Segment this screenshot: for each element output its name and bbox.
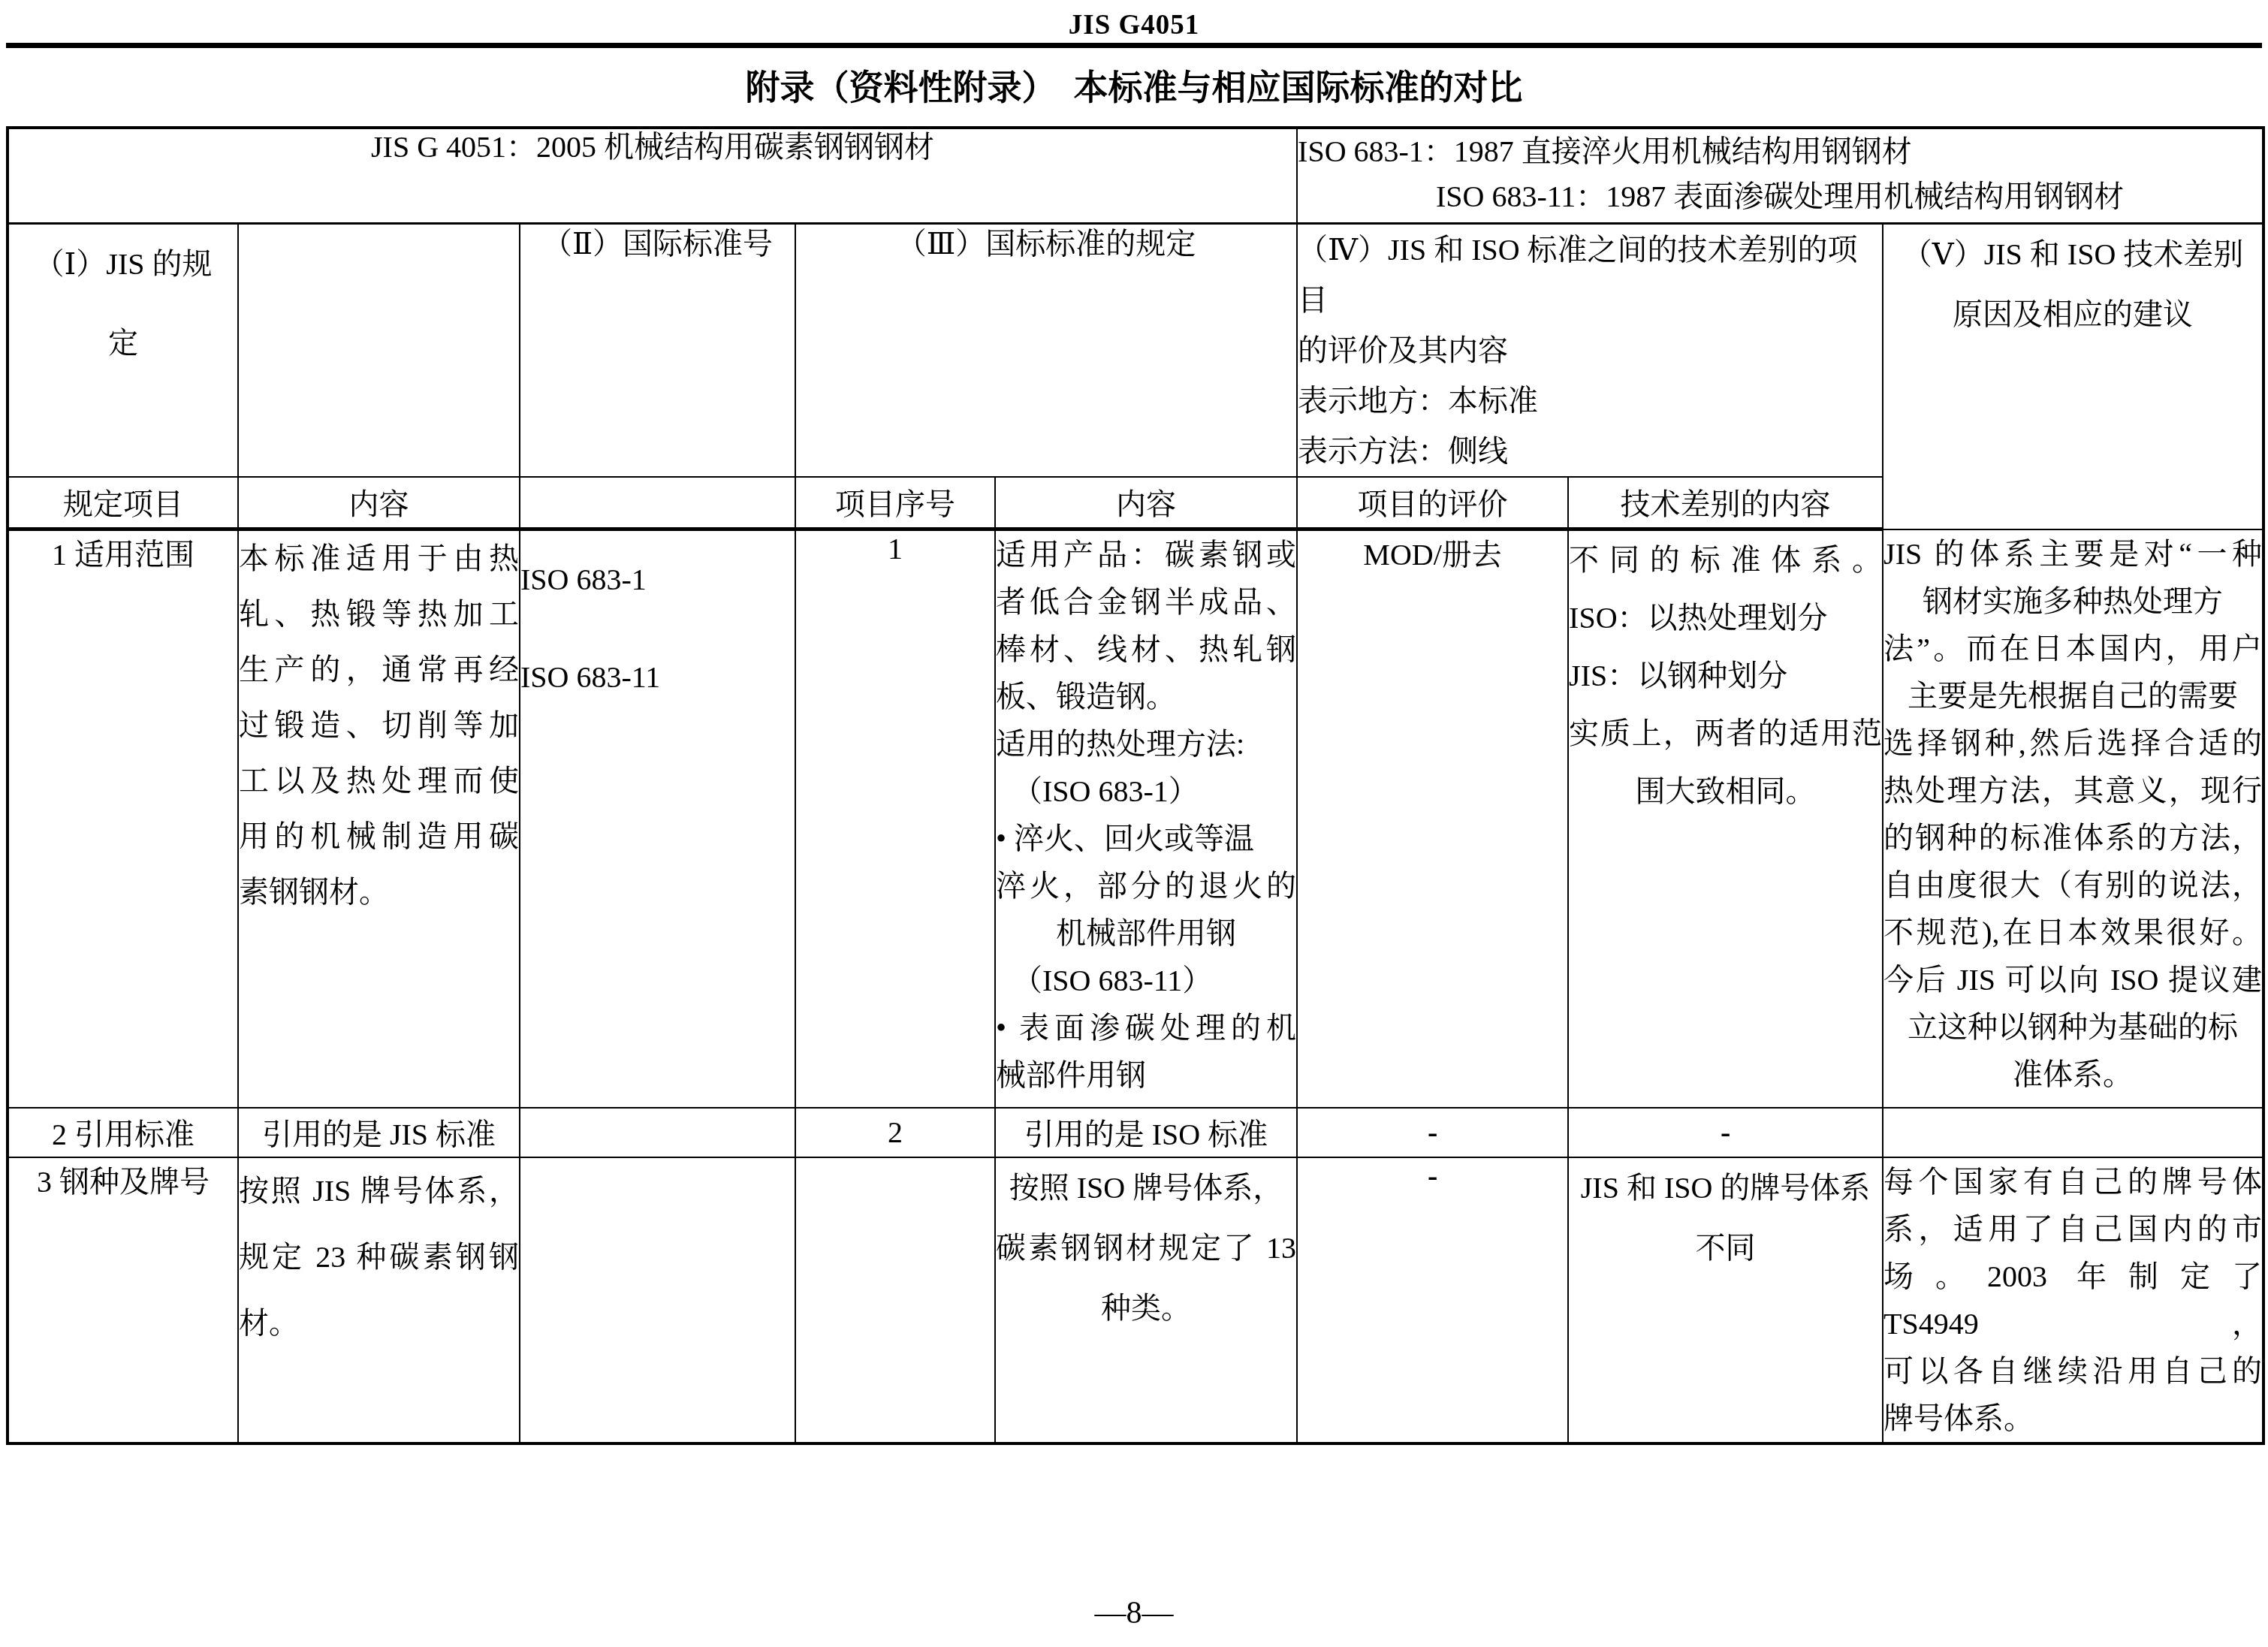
text-line: 牌号体系。	[1883, 1395, 2262, 1442]
text-line: ISO 683-1：1987 直接淬火用机械结构用钢钢材	[1298, 129, 2262, 174]
text-line: （ISO 683-11）	[996, 957, 1296, 1004]
text-line: 不同	[1569, 1218, 1882, 1278]
cell-item-2: 2 引用标准	[8, 1108, 238, 1157]
document-code-header: JIS G4051	[0, 9, 2268, 41]
cell-evaluation-1: MOD/册去	[1297, 529, 1568, 1108]
cell-difference-2: -	[1568, 1108, 1883, 1157]
subheader-jis-content: 内容	[238, 477, 520, 529]
text-line: 适用的热处理方法:	[996, 720, 1296, 768]
cell-seq-3	[795, 1157, 995, 1443]
text-line: 定	[9, 303, 237, 382]
cell-group-i-blank	[238, 223, 520, 477]
subheader-item: 规定项目	[8, 477, 238, 529]
cell-suggestion-3: 每个国家有自己的牌号体系，适用了自己国内的市场。2003 年制定了 TS4949…	[1883, 1157, 2263, 1443]
text-line: 主要是先根据自己的需要	[1883, 672, 2262, 719]
cell-evaluation-2: -	[1297, 1108, 1568, 1157]
text-line: 械部件用钢	[996, 1051, 1296, 1099]
cell-difference-1: 不同的标准体系。ISO：以热处理划分JIS：以钢种划分实质上，两者的适用范围大致…	[1568, 529, 1883, 1108]
subheader-evaluation: 项目的评价	[1297, 477, 1568, 529]
text-line: 不同的标准体系。	[1569, 531, 1882, 589]
text-line: 今后 JIS 可以向 ISO 提议建	[1883, 956, 2262, 1003]
cell-group-iii: （Ⅲ）国标标准的规定	[795, 223, 1297, 477]
cell-seq-1: 1	[795, 529, 995, 1108]
text-line: 轧、热锻等热加工	[239, 587, 519, 642]
text-line: • 淬火、回火或等温	[996, 815, 1296, 862]
text-line: ISO 683-11	[520, 629, 795, 726]
cell-suggestion-2	[1883, 1108, 2263, 1157]
table-row-grades: 3 钢种及牌号 按照 JIS 牌号体系，规定 23 种碳素钢钢材。 按照 ISO…	[8, 1157, 2263, 1443]
text-line: 材。	[239, 1290, 519, 1356]
table-row-scope: 1 适用范围 本标准适用于由热轧、热锻等热加工生产的，通常再经过锻造、切削等加工…	[8, 529, 2263, 1108]
text-line: JIS 的体系主要是对“一种	[1883, 530, 2262, 578]
cell-iso-standard-title: ISO 683-1：1987 直接淬火用机械结构用钢钢材ISO 683-11：1…	[1297, 128, 2263, 223]
text-line: 可以各自继续沿用自己的	[1883, 1347, 2262, 1395]
text-line: 者低合金钢半成品、	[996, 578, 1296, 626]
cell-jis-standard-title: JIS G 4051：2005 机械结构用碳素钢钢钢材	[8, 128, 1297, 223]
text-line: 钢材实施多种热处理方	[1883, 578, 2262, 625]
text-line: 过锻造、切削等加	[239, 698, 519, 753]
text-line: 工以及热处理而使	[239, 753, 519, 809]
cell-jis-content-3: 按照 JIS 牌号体系，规定 23 种碳素钢钢材。	[238, 1157, 520, 1443]
text-line: • 表面渗碳处理的机	[996, 1004, 1296, 1051]
text-line: 碳素钢钢材规定了 13	[996, 1218, 1296, 1278]
text-line: 自由度很大（有别的说法，	[1883, 861, 2262, 909]
cell-evaluation-3: -	[1297, 1157, 1568, 1443]
subheader-difference: 技术差别的内容	[1568, 477, 1883, 529]
cell-intl-std-no-3	[520, 1157, 795, 1443]
cell-intl-std-no-1: ISO 683-1ISO 683-11	[520, 529, 795, 1108]
cell-group-ii: （Ⅱ）国际标准号	[520, 223, 795, 477]
text-line: （Ⅰ）JIS 的规	[9, 225, 237, 303]
text-line: 本标准适用于由热	[239, 531, 519, 587]
cell-item-1: 1 适用范围	[8, 529, 238, 1108]
text-line: 淬火，部分的退火的	[996, 862, 1296, 909]
text-line: JIS 和 ISO 的牌号体系	[1569, 1158, 1882, 1218]
text-line: 板、锻造钢。	[996, 673, 1296, 720]
text-line: 的钢种的标准体系的方法，	[1883, 814, 2262, 861]
text-line: 表示地方：本标准	[1298, 376, 1882, 426]
cell-group-iv: （Ⅳ）JIS 和 ISO 标准之间的技术差别的项目的评价及其内容表示地方：本标准…	[1297, 223, 1883, 477]
subheader-iso-content: 内容	[995, 477, 1297, 529]
text-line: 的评价及其内容	[1298, 325, 1882, 376]
cell-group-i: （Ⅰ）JIS 的规定	[8, 223, 238, 477]
text-line: 立这种以钢种为基础的标	[1883, 1003, 2262, 1051]
cell-iso-content-2: 引用的是 ISO 标准	[995, 1108, 1297, 1157]
cell-difference-3: JIS 和 ISO 的牌号体系不同	[1568, 1157, 1883, 1443]
text-line: 素钢钢材。	[239, 864, 519, 920]
cell-jis-content-2: 引用的是 JIS 标准	[238, 1108, 520, 1157]
cell-iso-content-3: 按照 ISO 牌号体系，碳素钢钢材规定了 13种类。	[995, 1157, 1297, 1443]
table-row-standards: JIS G 4051：2005 机械结构用碳素钢钢钢材 ISO 683-1：19…	[8, 128, 2263, 223]
text-line: 实质上，两者的适用范	[1569, 704, 1882, 762]
table-row-group-headers: （Ⅰ）JIS 的规定 （Ⅱ）国际标准号 （Ⅲ）国标标准的规定 （Ⅳ）JIS 和 …	[8, 223, 2263, 477]
text-line: （ISO 683-1）	[996, 768, 1296, 815]
text-line: 适用产品：碳素钢或	[996, 531, 1296, 578]
text-line: 系，适用了自己国内的市	[1883, 1205, 2262, 1253]
text-line: 机械部件用钢	[996, 909, 1296, 957]
page-title: 附录（资料性附录） 本标准与相应国际标准的对比	[0, 60, 2268, 110]
text-line: ISO：以热处理划分	[1569, 589, 1882, 647]
text-line: 表示方法：侧线	[1298, 426, 1882, 476]
text-line: （Ⅳ）JIS 和 ISO 标准之间的技术差别的项目	[1298, 225, 1882, 325]
header-rule	[6, 43, 2262, 48]
text-line: 生产的，通常再经	[239, 642, 519, 698]
text-line: 用的机械制造用碳	[239, 809, 519, 864]
cell-seq-2: 2	[795, 1108, 995, 1157]
table-row-references: 2 引用标准 引用的是 JIS 标准 2 引用的是 ISO 标准 - -	[8, 1108, 2263, 1157]
text-line: 选择钢种,然后选择合适的	[1883, 719, 2262, 767]
text-line: ISO 683-11：1987 表面渗碳处理用机械结构用钢钢材	[1298, 174, 2262, 219]
text-line: 场。2003 年制定了 TS4949，	[1883, 1253, 2262, 1347]
comparison-table: JIS G 4051：2005 机械结构用碳素钢钢钢材 ISO 683-1：19…	[6, 126, 2265, 1445]
text-line: JIS：以钢种划分	[1569, 647, 1882, 704]
text-line: ISO 683-1	[520, 531, 795, 629]
text-line: 种类。	[996, 1278, 1296, 1338]
cell-suggestion-1: JIS 的体系主要是对“一种钢材实施多种热处理方法”。而在日本国内，用户主要是先…	[1883, 529, 2263, 1108]
cell-item-3: 3 钢种及牌号	[8, 1157, 238, 1443]
text-line: 按照 JIS 牌号体系，	[239, 1158, 519, 1224]
cell-jis-content-1: 本标准适用于由热轧、热锻等热加工生产的，通常再经过锻造、切削等加工以及热处理而使…	[238, 529, 520, 1108]
page-number: —8—	[0, 1595, 2268, 1631]
text-line: 热处理方法，其意义，现行	[1883, 767, 2262, 814]
text-line: 准体系。	[1883, 1051, 2262, 1098]
text-line: 规定 23 种碳素钢钢	[239, 1224, 519, 1290]
text-line: 原因及相应的建议	[1883, 285, 2262, 345]
subheader-seq: 项目序号	[795, 477, 995, 529]
cell-iso-content-1: 适用产品：碳素钢或者低合金钢半成品、棒材、线材、热轧钢板、锻造钢。适用的热处理方…	[995, 529, 1297, 1108]
text-line: 每个国家有自己的牌号体	[1883, 1158, 2262, 1205]
text-line: 棒材、线材、热轧钢	[996, 626, 1296, 673]
text-line: （Ⅴ）JIS 和 ISO 技术差别	[1883, 225, 2262, 285]
text-line: 不规范),在日本效果很好。	[1883, 909, 2262, 956]
cell-group-v: （Ⅴ）JIS 和 ISO 技术差别原因及相应的建议	[1883, 223, 2263, 529]
document-page: JIS G4051 附录（资料性附录） 本标准与相应国际标准的对比 JIS G …	[0, 0, 2268, 1647]
text-line: 按照 ISO 牌号体系，	[996, 1158, 1296, 1218]
subheader-blank	[520, 477, 795, 529]
text-line: 围大致相同。	[1569, 762, 1882, 820]
cell-intl-std-no-2	[520, 1108, 795, 1157]
text-line: 法”。而在日本国内，用户	[1883, 625, 2262, 672]
